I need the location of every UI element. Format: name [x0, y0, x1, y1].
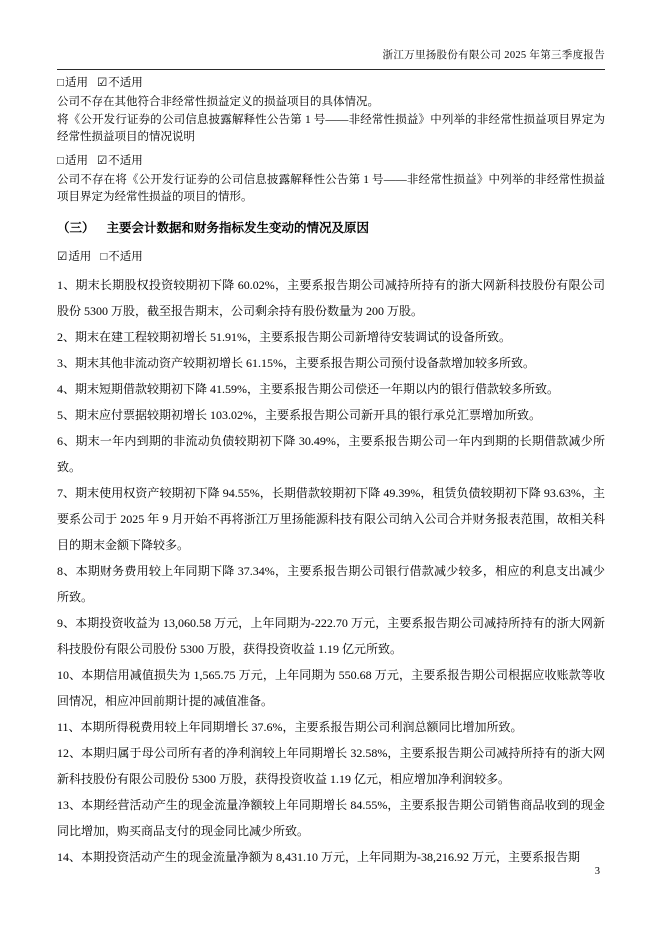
report-page: 浙江万里扬股份有限公司 2025 年第三季度报告 □适用☑不适用 公司不存在其他… [0, 0, 662, 936]
page-header: 浙江万里扬股份有限公司 2025 年第三季度报告 [57, 47, 605, 70]
change-item-7: 7、期末使用权资产较期初下降 94.55%，长期借款较期初下降 49.39%，租… [57, 480, 605, 558]
define-as-recurring-title: 将《公开发行证券的公司信息披露解释性公告第 1 号——非经常性损益》中列举的非经… [57, 112, 605, 146]
applicability-row-2: □适用☑不适用 [57, 154, 605, 169]
applicable-label: 适用 [65, 155, 88, 167]
section-heading: （三）主要会计数据和财务指标发生变动的情况及原因 [57, 219, 605, 237]
change-item-9: 9、本期投资收益为 13,060.58 万元，上年同期为-222.70 万元，主… [57, 610, 605, 662]
not-applicable-label: 不适用 [108, 251, 143, 263]
applicable-label: 适用 [68, 251, 91, 263]
change-item-11: 11、本期所得税费用较上年同期增长 37.6%，主要系报告期公司利润总额同比增加… [57, 714, 605, 740]
change-item-10: 10、本期信用减值损失为 1,565.75 万元，上年同期为 550.68 万元… [57, 662, 605, 714]
page-content: □适用☑不适用 公司不存在其他符合非经常性损益定义的损益项目的具体情况。 将《公… [57, 76, 605, 870]
no-define-as-recurring-note: 公司不存在将《公开发行证券的公司信息披露解释性公告第 1 号——非经常性损益》中… [57, 172, 605, 206]
change-item-3: 3、期末其他非流动资产较期初增长 61.15%，主要系报告期公司预付设备款增加较… [57, 350, 605, 376]
change-item-12: 12、本期归属于母公司所有者的净利润较上年同期增长 32.58%，主要系报告期公… [57, 740, 605, 792]
not-applicable-label: 不适用 [108, 77, 143, 89]
checkbox-checked-icon: ☑ [97, 155, 107, 167]
checkbox-unchecked-icon: □ [57, 77, 64, 89]
report-title: 浙江万里扬股份有限公司 2025 年第三季度报告 [383, 50, 605, 61]
page-number: 3 [595, 866, 600, 877]
section-number: （三） [57, 221, 95, 235]
applicability-row-1: □适用☑不适用 [57, 76, 605, 91]
change-item-4: 4、期末短期借款较期初下降 41.59%，主要系报告期公司偿还一年期以内的银行借… [57, 376, 605, 402]
applicability-row-3: ☑适用□不适用 [57, 250, 605, 265]
no-other-items-note: 公司不存在其他符合非经常性损益定义的损益项目的具体情况。 [57, 94, 605, 111]
change-item-1: 1、期末长期股权投资较期初下降 60.02%，主要系报告期公司减持所持有的浙大网… [57, 272, 605, 324]
change-item-14: 14、本期投资活动产生的现金流量净额为 8,431.10 万元，上年同期为-38… [57, 844, 605, 870]
section-title: 主要会计数据和财务指标发生变动的情况及原因 [107, 221, 370, 235]
change-items-list: 1、期末长期股权投资较期初下降 60.02%，主要系报告期公司减持所持有的浙大网… [57, 272, 605, 870]
not-applicable-label: 不适用 [108, 155, 143, 167]
checkbox-checked-icon: ☑ [57, 251, 67, 263]
change-item-5: 5、期末应付票据较期初增长 103.02%，主要系报告期公司新开具的银行承兑汇票… [57, 402, 605, 428]
checkbox-unchecked-icon: □ [57, 155, 64, 167]
checkbox-checked-icon: ☑ [97, 77, 107, 89]
change-item-13: 13、本期经营活动产生的现金流量净额较上年同期增长 84.55%，主要系报告期公… [57, 792, 605, 844]
checkbox-unchecked-icon: □ [100, 251, 107, 263]
change-item-2: 2、期末在建工程较期初增长 51.91%，主要系报告期公司新增待安装调试的设备所… [57, 324, 605, 350]
change-item-6: 6、期末一年内到期的非流动负债较期初下降 30.49%，主要系报告期公司一年内到… [57, 428, 605, 480]
change-item-8: 8、本期财务费用较上年同期下降 37.34%，主要系报告期公司银行借款减少较多，… [57, 558, 605, 610]
applicable-label: 适用 [65, 77, 88, 89]
